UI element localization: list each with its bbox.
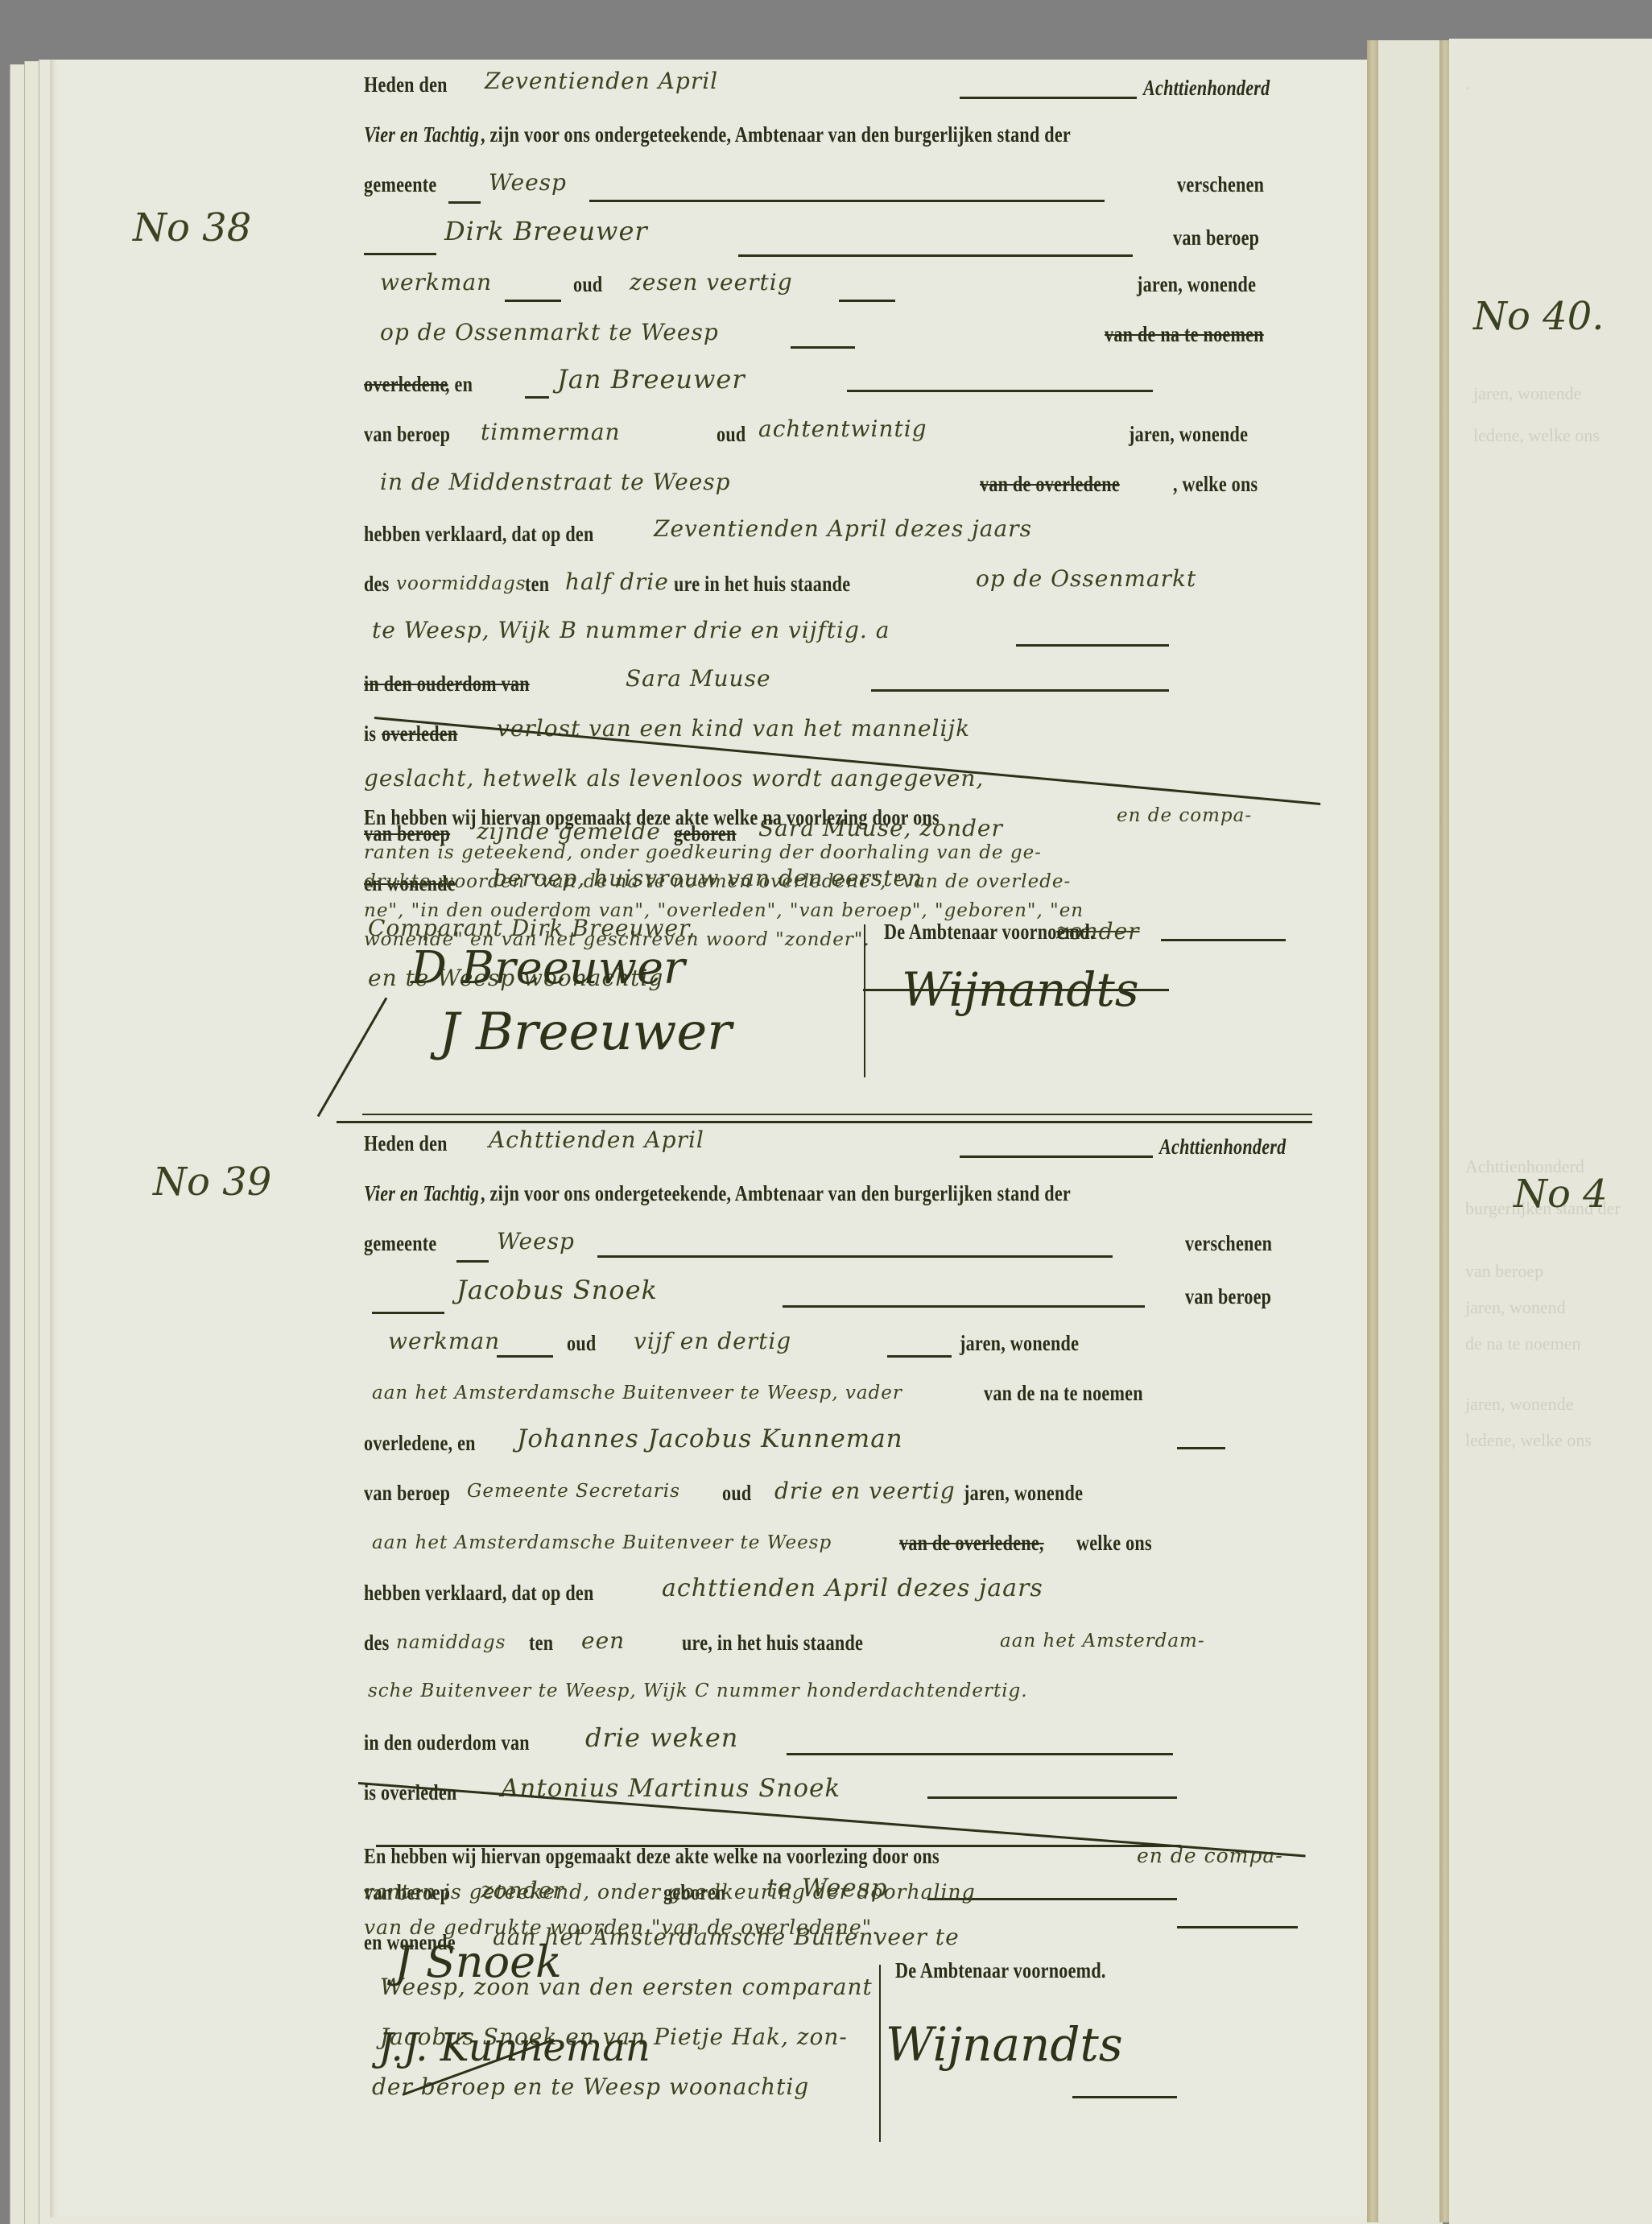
printed-text: ure in het huis staande xyxy=(674,572,850,597)
municipality-field: Weesp xyxy=(497,1228,575,1255)
record-line: werkman oud vijf en dertig jaren, wonend… xyxy=(364,1331,1298,1381)
record-line: in den ouderdom van Sara Muuse xyxy=(364,672,1298,721)
declarant-2-name: Jan Breeuwer xyxy=(557,364,745,395)
record-line: der beroep en te Weesp woonachtig xyxy=(364,2080,1298,2130)
fill-rule xyxy=(791,346,855,349)
signature-declarant-1: D Breeuwer xyxy=(411,942,685,994)
municipality-field: Weesp xyxy=(489,169,567,196)
signature-official: Wijnandts xyxy=(902,962,1139,1017)
printed-text: oud xyxy=(717,422,745,447)
entry-number-38: No 38 xyxy=(133,205,251,250)
fill-rule xyxy=(927,1796,1177,1799)
record-line: Vier en Tachtig, zijn voor ons ondergete… xyxy=(364,1181,1298,1231)
record-line: gemeente Weesp verschenen xyxy=(364,1231,1298,1281)
record-line: te Weesp, Wijk B nummer drie en vijftig.… xyxy=(364,622,1298,672)
closing-formula-38: En hebben wij hiervan opgemaakt deze akt… xyxy=(364,805,1298,955)
death-hour: half drie xyxy=(565,568,669,595)
printed-text: ten xyxy=(529,1631,553,1656)
printed-text: is xyxy=(364,721,376,746)
record-line: sche Buitenveer te Weesp, Wijk C nummer … xyxy=(364,1680,1298,1730)
printed-text: Vier en Tachtig xyxy=(364,1181,479,1206)
record-line: ranten is geteekend, onder goedkeuring d… xyxy=(364,1879,1298,1915)
official-label: De Ambtenaar voornoemd. xyxy=(895,1958,1152,1983)
fill-rule xyxy=(1072,2096,1177,2098)
fill-rule xyxy=(372,1312,444,1314)
fill-rule xyxy=(960,1155,1153,1158)
date-field: Achttienden April xyxy=(489,1126,704,1153)
printed-text: jaren, wonende xyxy=(1129,422,1248,447)
declarant-2-name: Johannes Jacobus Kunneman xyxy=(517,1424,903,1453)
death-hour: een xyxy=(581,1627,625,1654)
stub-strip xyxy=(1378,40,1443,2224)
printed-text: En hebben wij hiervan opgemaakt deze akt… xyxy=(364,805,940,830)
printed-text: ure, in het huis staande xyxy=(682,1631,863,1656)
record-line: in de Middenstraat te Weesp van de overl… xyxy=(364,472,1298,522)
printed-text: Heden den xyxy=(364,72,448,97)
fill-rule xyxy=(839,300,895,302)
printed-text: welke ons xyxy=(1076,1531,1152,1556)
record-line: En hebben wij hiervan opgemaakt deze akt… xyxy=(364,1844,1298,1879)
death-date: Zeventienden April dezes jaars xyxy=(654,515,1032,542)
declarant-2-age: drie en veertig xyxy=(774,1478,956,1504)
record-line: werkman oud zesen veertig jaren, wonende xyxy=(364,272,1298,322)
printed-text: van beroep xyxy=(364,1481,450,1506)
fill-rule xyxy=(787,1753,1173,1755)
printed-text: des xyxy=(364,1631,390,1656)
closing-formula-39: En hebben wij hiervan opgemaakt deze akt… xyxy=(364,1844,1298,1950)
struck-text: overledene xyxy=(364,372,448,397)
printed-text: Achttienhonderd xyxy=(1143,76,1270,101)
declarant-1-address: op de Ossenmarkt te Weesp xyxy=(380,319,719,345)
residence-note: der beroep en te Weesp woonachtig xyxy=(372,2073,809,2100)
time-of-day: voormiddags xyxy=(396,573,527,594)
binding-gutter-1 xyxy=(1367,40,1378,2222)
closing-annotation: ranten is geteekend, onder goedkeuring d… xyxy=(364,842,1042,863)
entry-number-41-partial: No 4 xyxy=(1514,1172,1608,1217)
fill-rule xyxy=(589,200,1105,202)
fill-rule xyxy=(1161,939,1286,941)
fill-rule xyxy=(847,390,1153,392)
record-line: Vier en Tachtig, zijn voor ons ondergete… xyxy=(364,122,1298,172)
record-line: hebben verklaard, dat op den achttienden… xyxy=(364,1581,1298,1631)
signature-declarant-2: J.J. Kunneman xyxy=(378,2025,650,2070)
bleedthrough-text: jaren, wonende xyxy=(1473,373,1581,415)
record-line: hebben verklaard, dat op den Zeventiende… xyxy=(364,522,1298,572)
declarant-2-occupation: Gemeente Secretaris xyxy=(467,1481,680,1502)
closing-annotation: en de compa- xyxy=(1117,805,1252,826)
printed-text: Achttienhonderd xyxy=(1159,1135,1286,1160)
printed-text: Vier en Tachtig xyxy=(364,122,479,147)
printed-text: hebben verklaard, dat op den xyxy=(364,1581,594,1606)
fill-rule xyxy=(597,1255,1113,1258)
closing-annotation: van de gedrukte woorden "van de overlede… xyxy=(364,1916,879,1939)
struck-text: van de overledene, xyxy=(899,1531,1044,1556)
printed-text: Heden den xyxy=(364,1131,448,1156)
fill-rule xyxy=(497,1355,553,1358)
struck-text: van de na te noemen xyxy=(1105,322,1264,347)
fill-rule xyxy=(871,689,1169,692)
closing-annotation: drukte woorden "van de na te noemen over… xyxy=(364,871,1071,892)
printed-text: van beroep xyxy=(364,422,450,447)
death-date: achttienden April dezes jaars xyxy=(662,1574,1043,1602)
printed-text: oud xyxy=(573,272,602,297)
struck-text: van de overledene xyxy=(980,472,1120,497)
printed-text: oud xyxy=(567,1331,596,1356)
printed-text: verschenen xyxy=(1185,1231,1272,1256)
closing-annotation: ranten is geteekend, onder goedkeuring d… xyxy=(364,1880,976,1904)
printed-text: in den ouderdom van xyxy=(364,1730,530,1755)
printed-text: jaren, wonende xyxy=(960,1331,1079,1356)
printed-text: verschenen xyxy=(1177,172,1264,197)
printed-text: En hebben wij hiervan opgemaakt deze akt… xyxy=(364,1844,940,1869)
time-of-day: namiddags xyxy=(396,1632,506,1653)
fill-rule xyxy=(525,396,549,399)
declarant-1-address: aan het Amsterdamsche Buitenveer te Wees… xyxy=(372,1383,902,1403)
fill-rule xyxy=(783,1305,1145,1308)
fill-rule xyxy=(448,201,481,204)
record-line: aan het Amsterdamsche Buitenveer te Wees… xyxy=(364,1531,1298,1581)
fill-rule xyxy=(505,300,561,302)
record-line: Weesp, zoon van den eersten comparant xyxy=(364,1980,1298,2030)
bleedthrough-text: . xyxy=(1465,63,1470,105)
record-line: En hebben wij hiervan opgemaakt deze akt… xyxy=(364,805,1298,839)
record-line: aan het Amsterdamsche Buitenveer te Wees… xyxy=(364,1381,1298,1431)
printed-text: des xyxy=(364,572,390,597)
death-place: aan het Amsterdam- xyxy=(1000,1631,1205,1651)
declarant-1-name: Dirk Breeuwer xyxy=(444,216,648,246)
fill-rule xyxy=(960,97,1137,99)
declarant-1-occupation: werkman xyxy=(388,1328,500,1354)
printed-text: van beroep xyxy=(1185,1284,1271,1309)
stillbirth-note: geslacht, hetwelk als levenloos wordt aa… xyxy=(364,765,984,792)
register-page-right: . jaren, wonende ledene, welke ons Achtt… xyxy=(1449,39,1652,2224)
record-line: gemeente Weesp verschenen xyxy=(364,172,1298,222)
entry-number-39: No 39 xyxy=(153,1160,271,1205)
official-label-text: De Ambtenaar voornoemd. xyxy=(895,1958,1106,1983)
signature-divider xyxy=(879,1965,881,2142)
bleedthrough-text: de na te noemen xyxy=(1465,1323,1581,1365)
declarant-2-address: in de Middenstraat te Weesp xyxy=(380,469,731,495)
entry-separator xyxy=(362,1114,1312,1115)
declarant-1-age: zesen veertig xyxy=(630,269,793,296)
closing-annotation: ne", "in den ouderdom van", "overleden",… xyxy=(364,900,1084,921)
record-line: is overleden Antonius Martinus Snoek xyxy=(364,1780,1298,1830)
fill-rule xyxy=(456,1260,489,1263)
declarant-1-age: vijf en dertig xyxy=(634,1328,791,1354)
record-line: des voormiddags ten half drie ure in het… xyxy=(364,572,1298,622)
bleedthrough-text: ledene, welke ons xyxy=(1473,415,1600,457)
record-line: drukte woorden "van de na te noemen over… xyxy=(364,868,1298,897)
struck-text: in den ouderdom van xyxy=(364,672,530,697)
declarant-2-age: achtentwintig xyxy=(758,415,927,442)
signature-official: Wijnandts xyxy=(886,2017,1123,2072)
fill-rule xyxy=(887,1355,952,1358)
record-line: overledene, en Johannes Jacobus Kunneman xyxy=(364,1431,1298,1481)
signature-declarant-2: J Breeuwer xyxy=(439,1002,732,1062)
official-label: De Ambtenaar voornoemd. xyxy=(884,920,1141,945)
printed-text: van de na te noemen xyxy=(984,1381,1143,1406)
printed-text: hebben verklaard, dat op den xyxy=(364,522,594,547)
declarant-1-name: Jacobus Snoek xyxy=(456,1275,658,1305)
record-line: ranten is geteekend, onder goedkeuring d… xyxy=(364,839,1298,868)
fill-rule xyxy=(1177,1447,1225,1449)
entry-number-40: No 40. xyxy=(1473,294,1605,339)
entry-separator xyxy=(337,1121,1312,1123)
stillbirth-note: verlost van een kind van het mannelijk xyxy=(497,715,970,742)
printed-text: van beroep xyxy=(1173,225,1259,250)
record-line: Heden den Achttienden April Achttienhond… xyxy=(364,1131,1298,1181)
record-line: Dirk Breeuwer van beroep xyxy=(364,222,1298,272)
record-line: Jacobus Snoek van beroep xyxy=(364,1281,1298,1331)
record-line: op de Ossenmarkt te Weesp van de na te n… xyxy=(364,322,1298,372)
fill-rule xyxy=(1177,1926,1298,1928)
printed-text: jaren, wonende xyxy=(964,1481,1083,1506)
printed-text: overledene, en xyxy=(364,1431,476,1456)
printed-text: , en xyxy=(445,372,473,397)
record-line: van beroep timmerman oud achtentwintig j… xyxy=(364,422,1298,472)
bleedthrough-text: ledene, welke ons xyxy=(1465,1420,1592,1461)
printed-text: gemeente xyxy=(364,172,436,197)
printed-text: , zijn voor ons ondergeteekende, Ambtena… xyxy=(481,1181,1071,1206)
printed-text: , welke ons xyxy=(1173,472,1258,497)
record-line: des namiddags ten een ure, in het huis s… xyxy=(364,1631,1298,1680)
printed-text: , zijn voor ons ondergeteekende, Ambtena… xyxy=(481,122,1071,147)
death-place-continued: te Weesp, Wijk B nummer drie en vijftig.… xyxy=(372,617,890,643)
fill-rule xyxy=(1016,644,1169,647)
mother-name: Sara Muuse xyxy=(626,665,771,692)
death-place-continued: sche Buitenveer te Weesp, Wijk C nummer … xyxy=(368,1680,1028,1701)
signature-declarant-1: J Snoek xyxy=(394,1937,562,1987)
declarant-1-occupation: werkman xyxy=(380,269,492,296)
age-of-deceased: drie weken xyxy=(585,1722,738,1753)
printed-text: jaren, wonende xyxy=(1137,272,1256,297)
signature-divider xyxy=(864,924,865,1077)
printed-text: gemeente xyxy=(364,1231,436,1256)
fill-rule xyxy=(364,253,436,255)
date-field: Zeventienden April xyxy=(485,68,718,94)
fill-rule xyxy=(738,254,1133,257)
record-line: Heden den Zeventienden April Achttienhon… xyxy=(364,72,1298,122)
death-place: op de Ossenmarkt xyxy=(976,565,1196,592)
closing-annotation: en de compa- xyxy=(1137,1844,1283,1867)
printed-text: oud xyxy=(722,1481,751,1506)
record-line: van beroep Gemeente Secretaris oud drie … xyxy=(364,1481,1298,1531)
declarant-2-occupation: timmerman xyxy=(481,419,621,445)
declarant-2-address: aan het Amsterdamsche Buitenveer te Wees… xyxy=(372,1532,832,1553)
record-line: in den ouderdom van drie weken xyxy=(364,1730,1298,1780)
official-label-text: De Ambtenaar voornoemd. xyxy=(884,920,1095,945)
record-line: overledene, en Jan Breeuwer xyxy=(364,372,1298,422)
record-line: ne", "in den ouderdom van", "overleden",… xyxy=(364,897,1298,926)
printed-text: ten xyxy=(525,572,549,597)
